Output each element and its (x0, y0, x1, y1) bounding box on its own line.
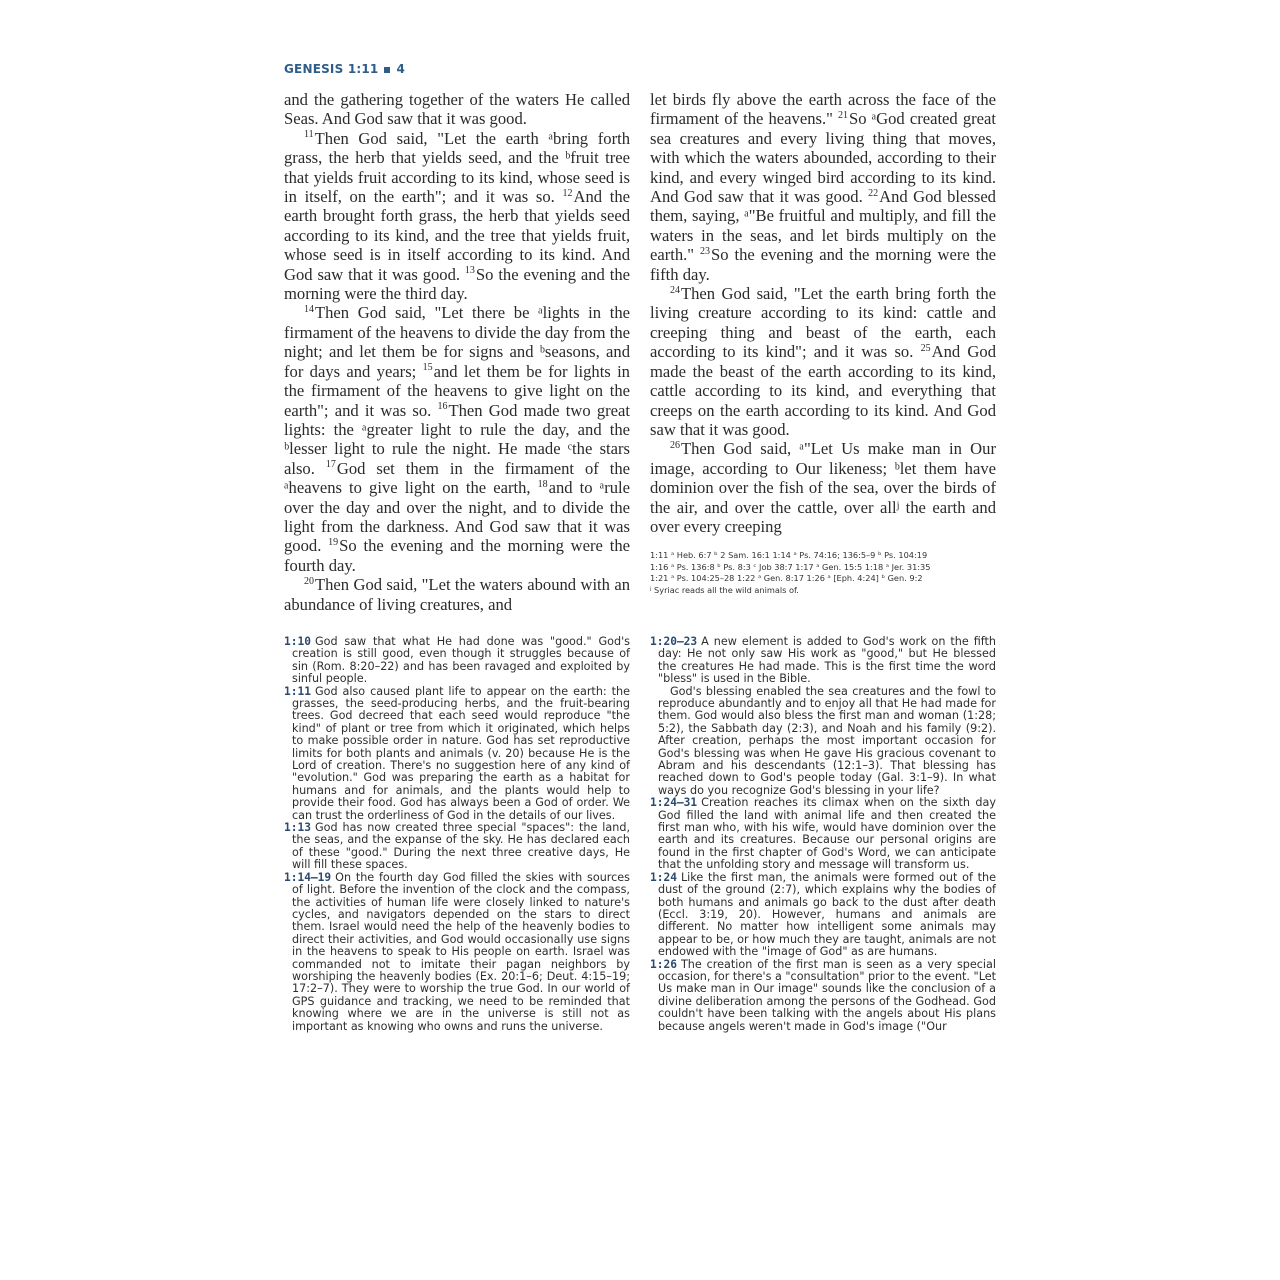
bible-page: GENESIS 1:114 and the gathering together… (284, 60, 996, 1033)
running-head-book: GENESIS 1:11 (284, 62, 378, 76)
running-head: GENESIS 1:114 (284, 60, 996, 82)
note-1-24-31: 1:24–31Creation reaches its climax when … (650, 797, 996, 871)
cross-references: 1:11 ᵃ Heb. 6:7 ᵇ 2 Sam. 16:1 1:14 ᵃ Ps.… (650, 550, 996, 596)
note-1-20-23-paragraph: God's blessing enabled the sea creatures… (650, 686, 996, 798)
scripture-text: and the gathering together of the waters… (284, 90, 996, 614)
note-1-10: 1:10God saw that what He had done was "g… (284, 636, 630, 686)
study-notes-left-column: 1:10God saw that what He had done was "g… (284, 636, 630, 1033)
verse-10-continued: and the gathering together of the waters… (284, 90, 630, 129)
note-1-20-23: 1:20–23A new element is added to God's w… (650, 636, 996, 686)
cross-reference-line: 1:21 ᵃ Ps. 104:25–28 1:22 ᵃ Gen. 8:17 1:… (650, 573, 996, 585)
note-1-11: 1:11God also caused plant life to appear… (284, 686, 630, 822)
verse-20-continued: let birds fly above the earth across the… (650, 90, 996, 284)
verse-26: 26Then God said, ᵃ"Let Us make man in Ou… (650, 439, 996, 536)
square-bullet-icon (384, 67, 390, 73)
page-number: 4 (396, 62, 405, 76)
study-notes-right-column: 1:20–23A new element is added to God's w… (650, 636, 996, 1033)
textual-footnote: ʲ Syriac reads all the wild animals of. (650, 585, 996, 597)
note-1-14-19: 1:14–19On the fourth day God filled the … (284, 872, 630, 1033)
cross-reference-line: 1:11 ᵃ Heb. 6:7 ᵇ 2 Sam. 16:1 1:14 ᵃ Ps.… (650, 550, 996, 562)
scripture-right-column: let birds fly above the earth across the… (650, 90, 996, 614)
verse-20: 20Then God said, "Let the waters abound … (284, 575, 630, 614)
note-1-24: 1:24Like the first man, the animals were… (650, 872, 996, 959)
study-notes: 1:10God saw that what He had done was "g… (284, 636, 996, 1033)
scripture-left-column: and the gathering together of the waters… (284, 90, 630, 614)
verse-24: 24Then God said, "Let the earth bring fo… (650, 284, 996, 439)
note-1-13: 1:13God has now created three special "s… (284, 822, 630, 872)
verse-14: 14Then God said, "Let there be ᵃlights i… (284, 303, 630, 575)
verse-11: 11Then God said, "Let the earth ᵃbring f… (284, 129, 630, 304)
cross-reference-line: 1:16 ᵃ Ps. 136:8 ᵇ Ps. 8:3 ᶜ Job 38:7 1:… (650, 562, 996, 574)
note-1-26: 1:26The creation of the first man is see… (650, 959, 996, 1033)
